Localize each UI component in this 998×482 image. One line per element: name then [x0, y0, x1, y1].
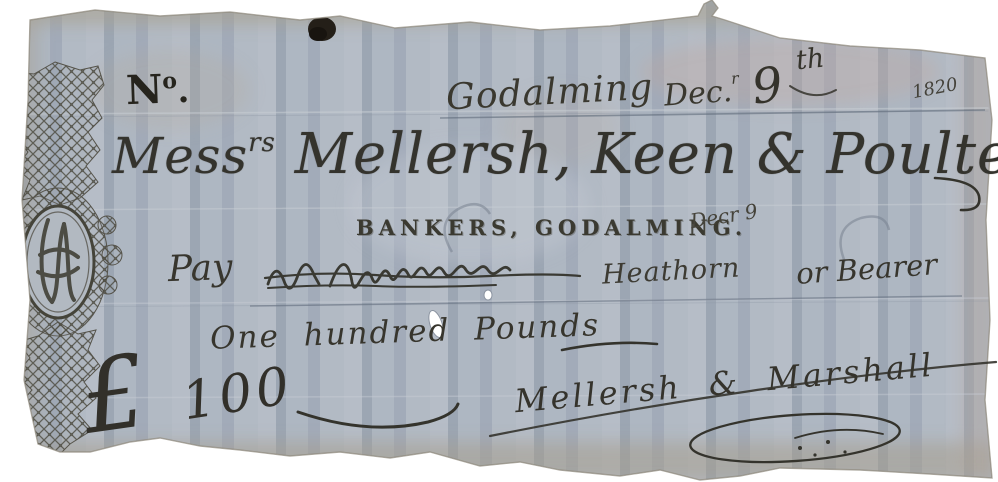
monogram-medallion [22, 206, 94, 318]
number-dot: . [177, 71, 190, 111]
number-letter: N [125, 66, 163, 114]
drawee-line: Messrs Mellersh, Keen & Poulter. [112, 122, 998, 187]
day-superscript: th [794, 43, 825, 77]
cheque-photo: No. Godalming Dec.r 9 th 1820 Messrs Mel… [0, 0, 998, 482]
month-text: Dec. [663, 74, 733, 114]
drawee-prefix: Mess [112, 127, 248, 185]
ink-blot [308, 17, 336, 41]
pay-label: Pay [167, 247, 233, 290]
cheque-number-label: No. [125, 65, 190, 114]
bank-imprint: BANKERS, GODALMING. [356, 215, 747, 240]
drawee-prefix-superscript: rs [248, 128, 276, 158]
month-script: Dec.r [663, 73, 741, 113]
month-superscript: r [731, 69, 740, 87]
drawee-names: Mellersh, Keen & Poulter. [276, 122, 998, 187]
number-superscript: o [162, 68, 178, 94]
wax-speck [7, 37, 14, 44]
